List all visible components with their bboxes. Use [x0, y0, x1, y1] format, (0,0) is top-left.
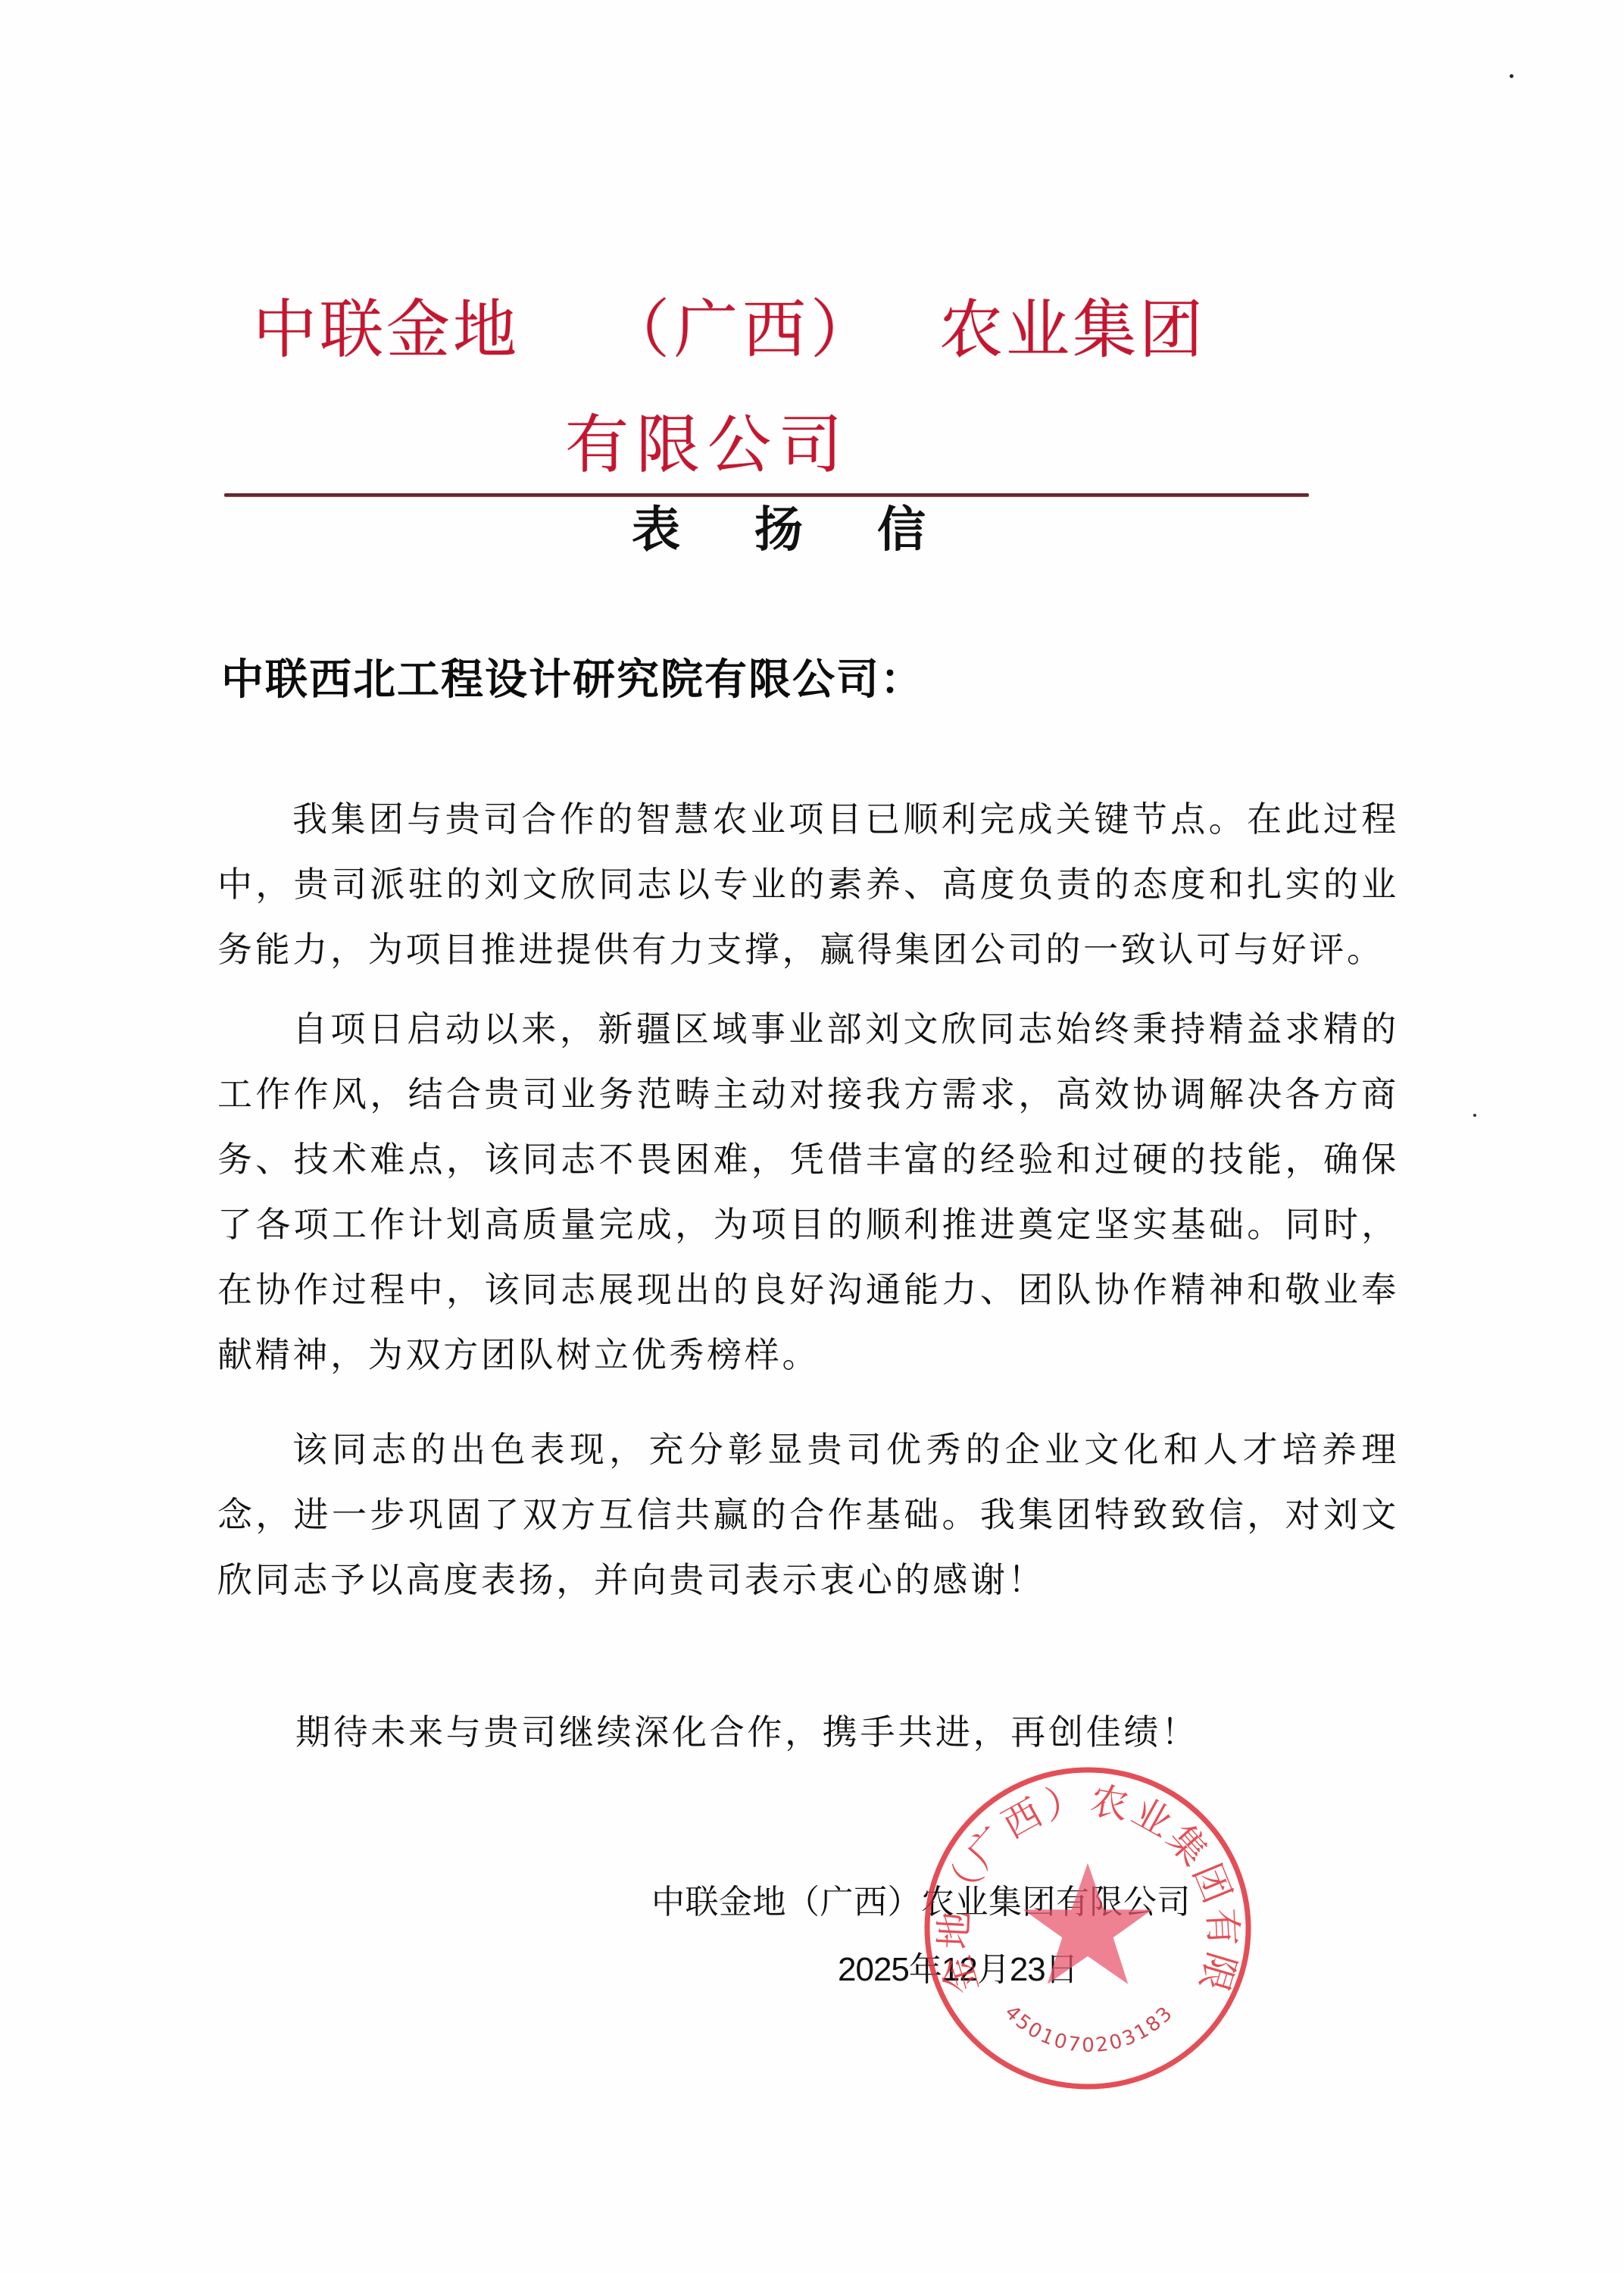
body-paragraph-3: 该同志的出色表现，充分彰显贵司优秀的企业文化和人才培养理念，进一步巩固了双方互信… — [217, 1417, 1399, 1612]
signature-date: 2025年12月23日 — [838, 1953, 1078, 1987]
letterhead-company-name-region: （广西） — [606, 298, 879, 361]
seal-code: 4501070203183 — [1000, 2001, 1178, 2057]
body-paragraph-1: 我集团与贵司合作的智慧农业项目已顺利完成关键节点。在此过程中，贵司派驻的刘文欣同… — [217, 786, 1399, 982]
letterhead-company-name-line2: 有限公司 — [565, 413, 850, 477]
salutation: 中联西北工程设计研究院有限公司： — [221, 659, 924, 702]
letter-page: 中联金地 （广西） 农业集团 有限公司 表扬信 中联西北工程设计研究院有限公司：… — [0, 0, 1624, 2273]
scan-speck — [1510, 74, 1513, 78]
letterhead-divider — [224, 493, 1309, 497]
closing-remark: 期待未来与贵司继续深化合作，携手共进，再创佳绩！ — [295, 1715, 1199, 1749]
document-title: 表扬信 — [632, 506, 1000, 555]
letterhead-company-name-part3: 农业集团 — [939, 298, 1206, 361]
body-paragraph-2: 自项日启动以来，新疆区域事业部刘文欣同志始终秉持精益求精的工作作风，结合贵司业务… — [217, 996, 1399, 1387]
scan-speck — [1473, 1114, 1476, 1117]
letterhead-company-name-part1: 中联金地 — [253, 298, 520, 361]
official-seal: 中联金地（广西）农业集团有限公司 4501070203183 — [923, 1765, 1253, 2091]
signature-organization: 中联金地（广西）农业集团有限公司 — [651, 1886, 1191, 1919]
